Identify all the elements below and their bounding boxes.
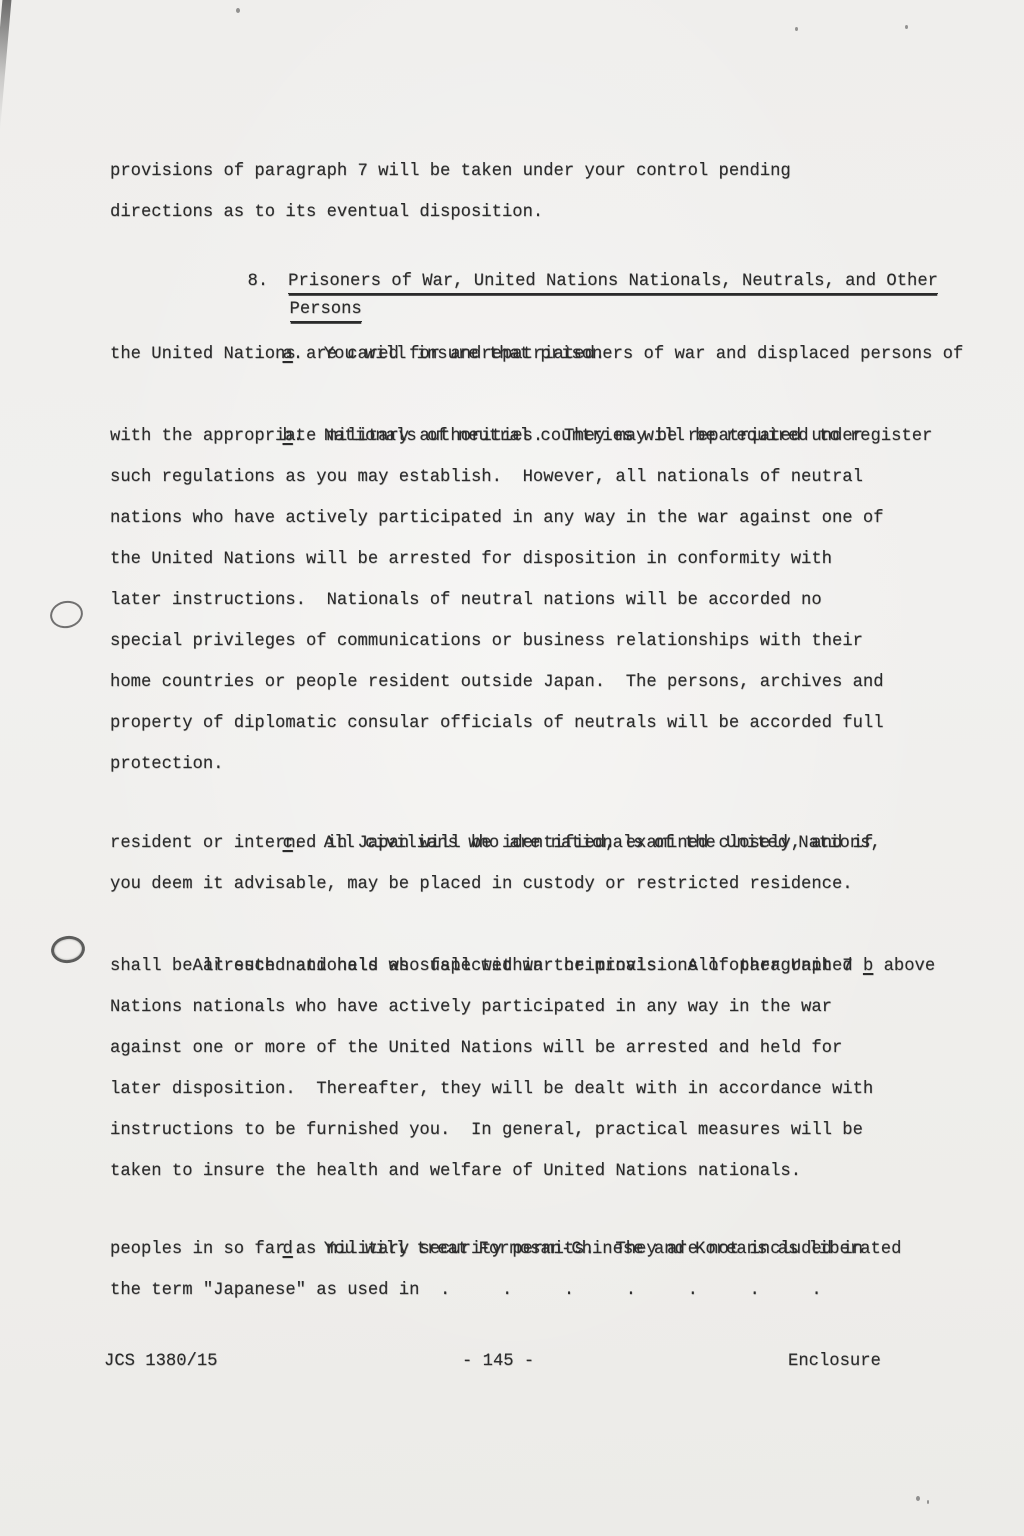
body-line: instructions to be furnished you. In gen… [110, 1110, 925, 1151]
body-line: taken to insure the health and welfare o… [110, 1151, 925, 1192]
body-line: c. All civilians who are nationals of th… [110, 782, 925, 823]
body-line: nations who have actively participated i… [110, 498, 925, 539]
scanned-document-page: provisions of paragraph 7 will be taken … [0, 0, 1024, 1536]
scan-speck [236, 8, 240, 13]
body-line: resident or interned in Japan will be id… [110, 823, 925, 864]
scan-speck [905, 25, 908, 29]
pencil-circle-mark-2 [49, 934, 86, 965]
scan-speck [927, 1500, 929, 1504]
body-line: with the appropriate military authoritie… [110, 416, 925, 457]
body-line: d. You will treat Formosan-Chinese and K… [110, 1188, 925, 1229]
paragraph-b: b. Nationals of neutral countries will b… [110, 375, 925, 785]
body-line: special privileges of communications or … [110, 621, 925, 662]
body-line: the United Nations will be arrested for … [110, 539, 925, 580]
body-line: against one or more of the United Nation… [110, 1028, 925, 1069]
section-number: 8. [248, 272, 289, 291]
document-body: provisions of paragraph 7 will be taken … [110, 151, 925, 1311]
body-line: such regulations as you may establish. H… [110, 457, 925, 498]
body-line: later disposition. Thereafter, they will… [110, 1069, 925, 1110]
body-line: All such nationals who fall within the p… [110, 905, 925, 946]
body-line: provisions of paragraph 7 will be taken … [110, 151, 925, 192]
paragraph-c: c. All civilians who are nationals of th… [110, 782, 925, 1192]
footer-enclosure-label: Enclosure [788, 1341, 881, 1382]
body-line: protection. [110, 744, 925, 785]
scan-edge-artifact [0, 0, 12, 132]
body-line: directions as to its eventual dispositio… [110, 192, 925, 233]
body-line: shall be arrested and held as suspected … [110, 946, 925, 987]
body-line-text: above [873, 957, 935, 976]
pencil-circle-mark-1 [48, 598, 86, 631]
body-line: property of diplomatic consular official… [110, 703, 925, 744]
scan-speck [916, 1496, 920, 1501]
body-line: peoples in so far as military security p… [110, 1229, 925, 1270]
body-line: the term "Japanese" as used in . . . . .… [110, 1270, 925, 1311]
body-line: later instructions. Nationals of neutral… [110, 580, 925, 621]
referenced-subparagraph-letter: b [863, 957, 873, 976]
body-line: you deem it advisable, may be placed in … [110, 864, 925, 905]
body-line: Nations nationals who have actively part… [110, 987, 925, 1028]
paragraph-d: d. You will treat Formosan-Chinese and K… [110, 1188, 925, 1311]
section-heading-line-1: 8.Prisoners of War, United Nations Natio… [165, 240, 925, 268]
footer-doc-number: JCS 1380/15 [104, 1341, 217, 1382]
scan-speck [795, 27, 798, 31]
section-title: Prisoners of War, United Nations Nationa… [288, 271, 938, 294]
footer-page-number: - 145 - [462, 1341, 534, 1382]
body-line: home countries or people resident outsid… [110, 662, 925, 703]
section-heading: 8.Prisoners of War, United Nations Natio… [110, 240, 925, 296]
section-title-continued: Persons [290, 299, 362, 322]
